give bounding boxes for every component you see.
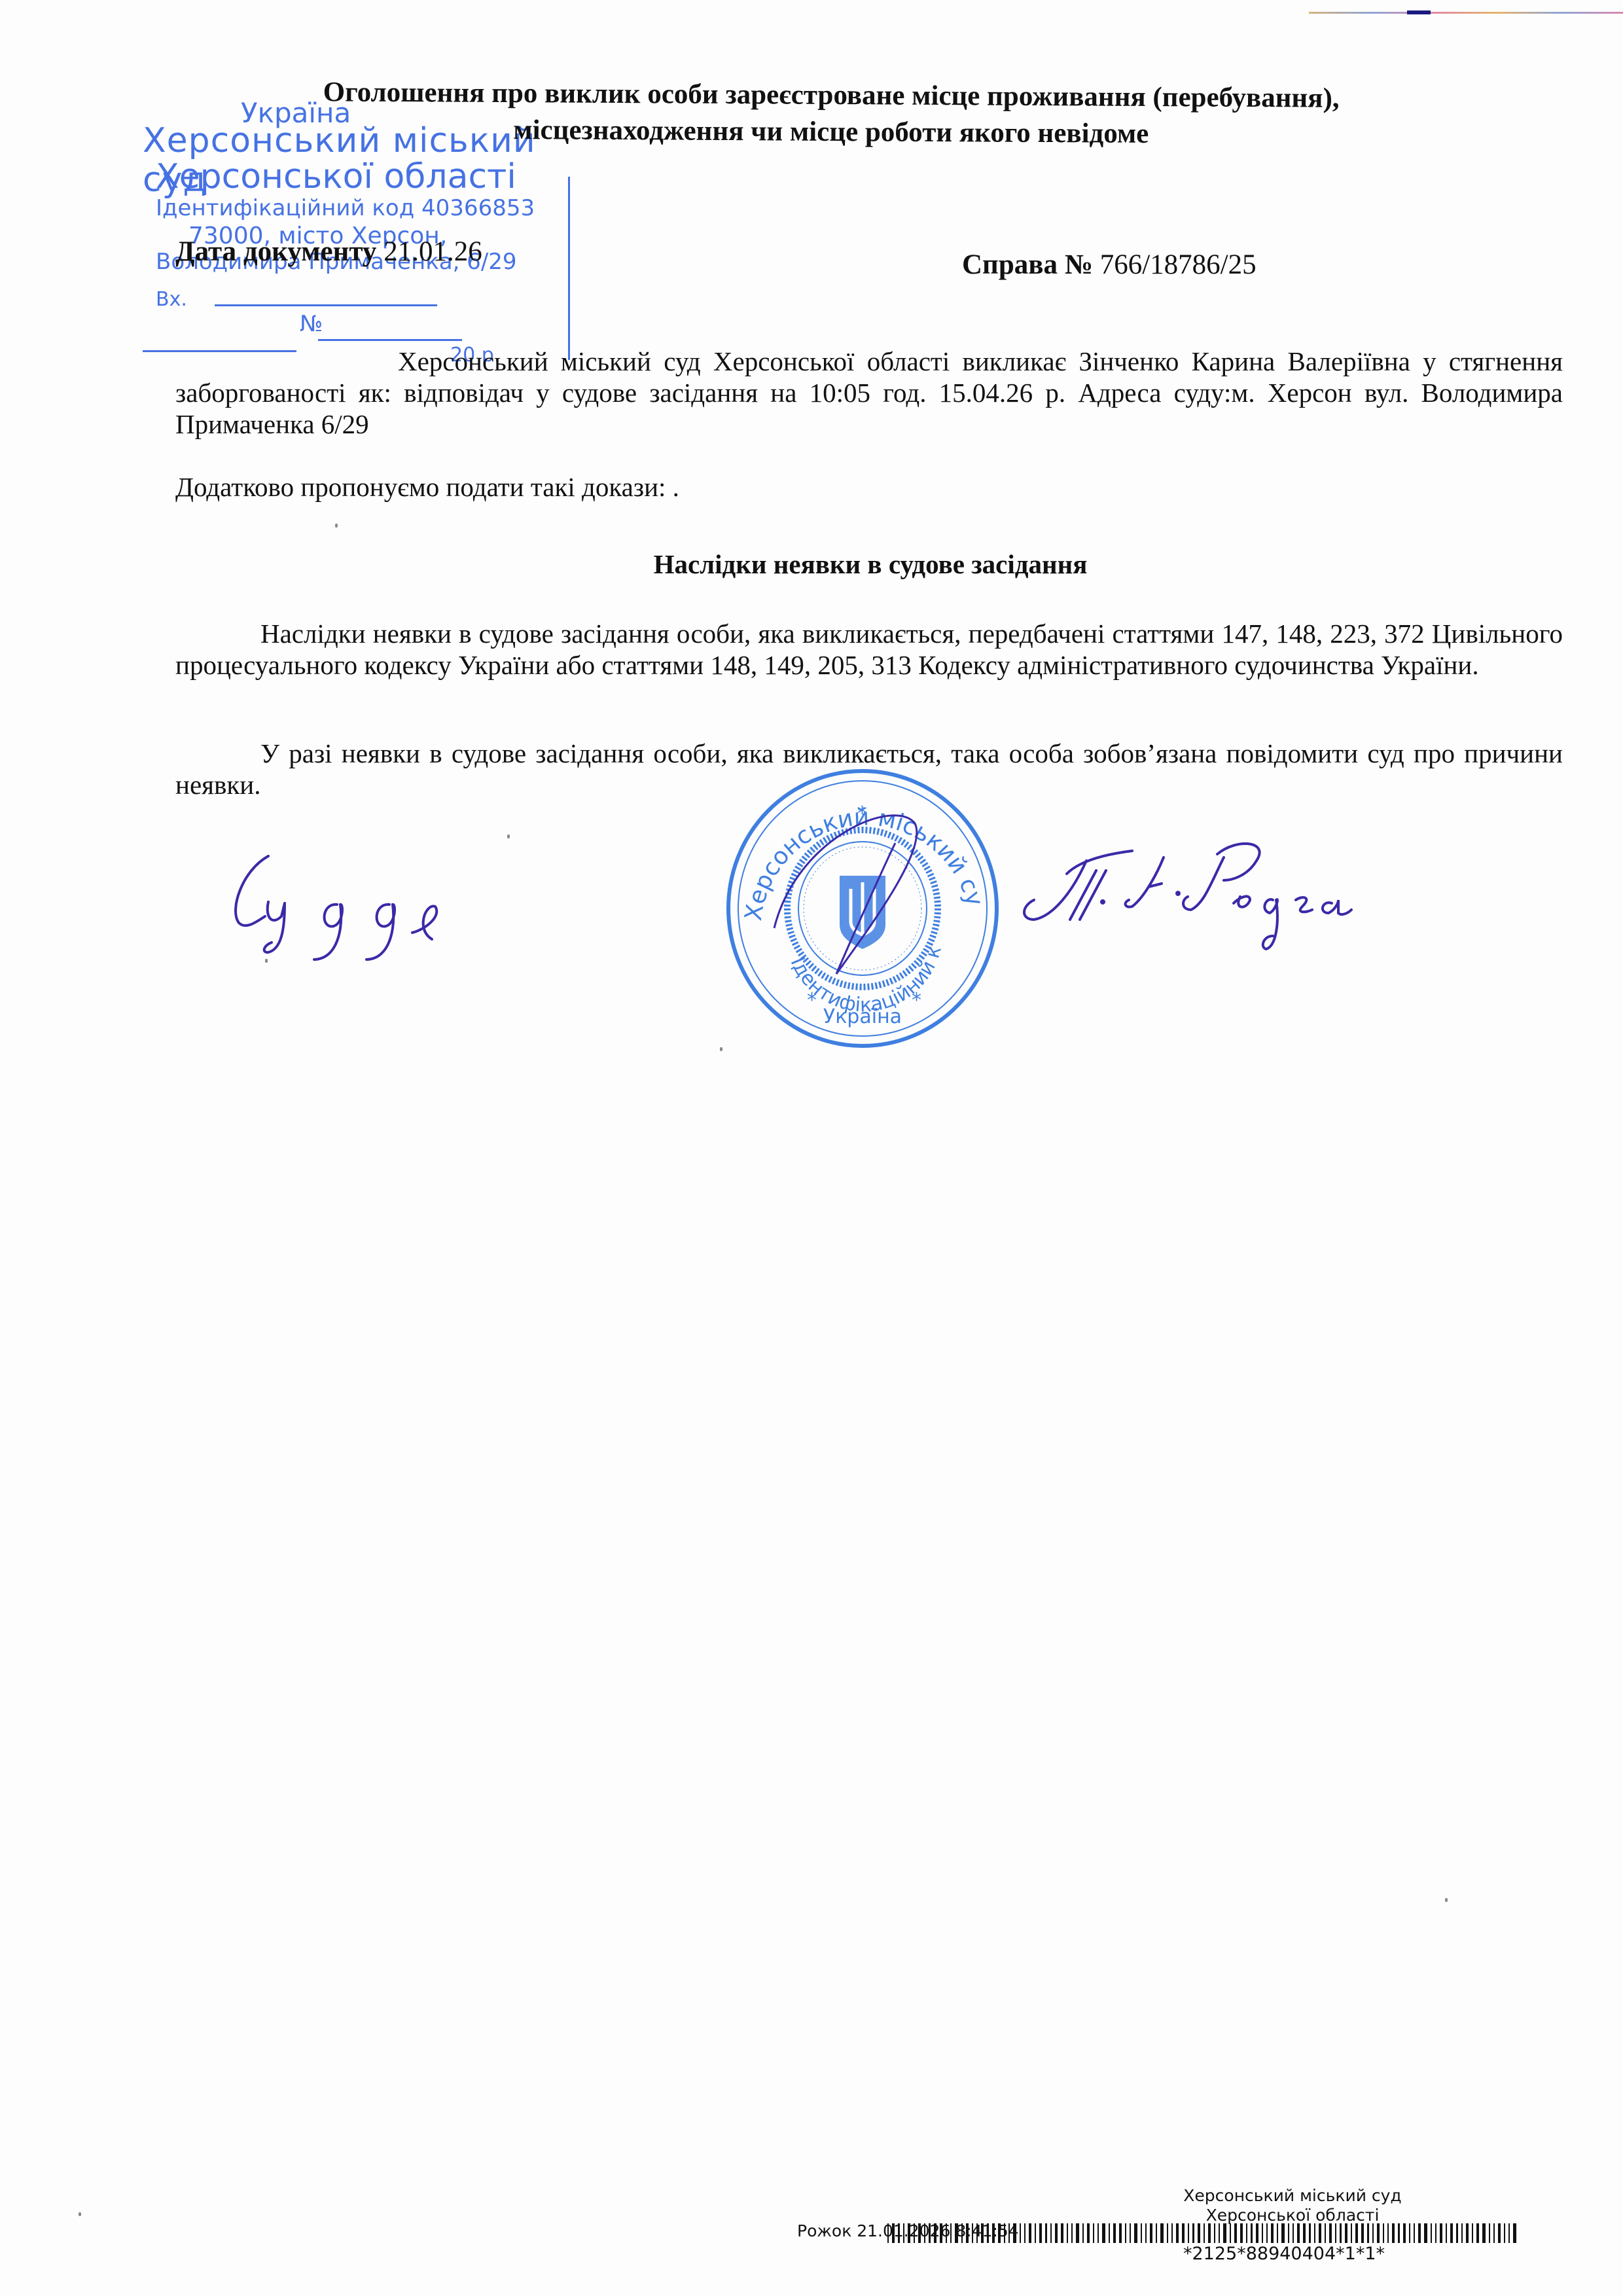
seal-bottom-text: Україна [823,1005,902,1028]
section-title: Наслідки неявки в судове засідання [177,548,1564,580]
extra-evidence: Додатково пропонуємо подати такі докази:… [175,471,1563,503]
stamp-court-line2: Херсонської області [156,157,516,196]
stamp-line [318,339,462,341]
scan-speck [507,834,510,838]
summons-text: Херсонський міський суд Херсонської обла… [175,346,1563,439]
official-seal: Херсонський міський суд Херсонської обла… [699,758,1026,1052]
scan-speck [720,1047,722,1051]
svg-text:*: * [807,989,817,1012]
document-barcode [887,2223,1516,2243]
scan-speck [1445,1898,1448,1902]
footer-court-name: Херсонський міський суд Херсонської обла… [1171,2186,1414,2225]
footer-court-line1: Херсонський міський суд [1171,2186,1414,2206]
stamp-reg-label: Вх. [156,288,187,311]
seal-inner-text: Ідентифікаційний код 40366853 [699,758,946,1017]
date-label: Дата документу [175,236,376,267]
barcode-number: *2125*88940404*1*1* [1183,2244,1385,2264]
case-number: 766/18786/25 [1100,249,1257,280]
scan-mark [1407,10,1431,14]
date-value: 21.01.26 [383,236,482,267]
consequences-paragraph: Наслідки неявки в судове засідання особи… [175,618,1563,681]
case-label: Справа № [962,249,1093,280]
svg-text:Ідентифікаційний код 40366853: Ідентифікаційний код 40366853 [699,758,946,1017]
scan-speck [265,959,268,963]
stamp-id-code: Ідентифікаційний код 40366853 [156,195,535,221]
footer-court-line2: Херсонської області [1171,2206,1414,2225]
document-date: Дата документу 21.01.26 [175,236,482,268]
scan-speck [79,2212,81,2216]
document-title: Оголошення про виклик особи зареєстрован… [177,73,1486,154]
stamp-border [568,177,570,360]
consequences-text: Наслідки неявки в судове засідання особи… [175,619,1563,680]
summons-paragraph: Херсонський міський суд Херсонської обла… [175,346,1563,440]
scan-edge-line [1309,12,1623,14]
scan-speck [335,524,338,528]
stamp-line [215,304,437,306]
stamp-number-label: № [300,311,323,337]
case-number-line: Справа № 766/18786/25 [962,249,1257,281]
handwritten-judge-label [216,831,452,962]
svg-text:*: * [912,989,921,1012]
judge-signature [1014,831,1394,962]
